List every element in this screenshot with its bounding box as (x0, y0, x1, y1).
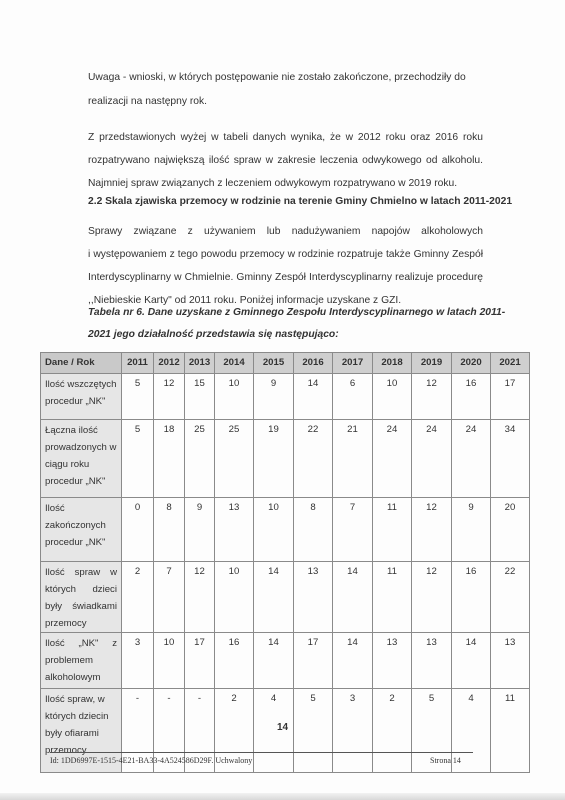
cell-value: 22 (491, 562, 530, 633)
cell-value: 19 (254, 420, 294, 498)
row-label-line: ciągu roku (45, 456, 117, 473)
table-header-row: Dane / Rok 20112012201320142015201620172… (41, 353, 530, 374)
row-label-line: procedur „NK" (45, 393, 117, 410)
row-label-line: których dzieci (45, 581, 117, 598)
header-label: Dane / Rok (41, 353, 122, 374)
row-label: Ilośćzakończonychprocedur „NK" (41, 498, 122, 562)
page-number: 14 (0, 722, 565, 733)
cell-value: 14 (294, 374, 333, 420)
summary-line-3: Najmniej spraw związanych z leczeniem od… (88, 174, 483, 194)
cell-value: 7 (154, 562, 185, 633)
section-heading: 2.2 Skala zjawiska przemocy w rodzinie n… (88, 196, 512, 207)
footer-page-label: Strona 14 (430, 756, 461, 765)
header-year: 2019 (412, 353, 452, 374)
table-row: Ilość spraw wktórych dziecibyły świadkam… (41, 562, 530, 633)
cell-value: 13 (412, 633, 452, 689)
cell-value: 16 (452, 374, 491, 420)
row-label-line: Ilość spraw w (45, 564, 117, 581)
caption-line-1: Tabela nr 6. Dane uzyskane z Gminnego Ze… (88, 302, 488, 324)
header-year: 2018 (373, 353, 412, 374)
cell-value: 14 (254, 562, 294, 633)
cell-value: 13 (491, 633, 530, 689)
row-label-line: Ilość (45, 500, 117, 517)
footer-divider (50, 752, 473, 753)
header-year: 2012 (154, 353, 185, 374)
intro-line-2: i występowaniem z tego powodu przemocy w… (88, 245, 483, 265)
cell-value: 16 (215, 633, 254, 689)
row-label-line: alkoholowym (45, 669, 117, 686)
cell-value: 5 (122, 374, 154, 420)
summary-paragraph: Z przedstawionych wyżej w tabeli danych … (88, 128, 483, 194)
header-year: 2017 (333, 353, 373, 374)
header-year: 2016 (294, 353, 333, 374)
row-label: Ilość „NK" zproblememalkoholowym (41, 633, 122, 689)
cell-value: 14 (333, 633, 373, 689)
row-label-line: prowadzonych w (45, 439, 117, 456)
cell-value: 20 (491, 498, 530, 562)
header-year: 2020 (452, 353, 491, 374)
cell-value: 34 (491, 420, 530, 498)
caption-line-2: 2021 jego działalność przedstawia się na… (88, 324, 488, 346)
cell-value: 25 (215, 420, 254, 498)
cell-value: 22 (294, 420, 333, 498)
table-row: Łączna ilośćprowadzonych wciągu rokuproc… (41, 420, 530, 498)
intro-line-1: Sprawy związane z używaniem lub nadużywa… (88, 222, 483, 242)
table-row: Ilośćzakończonychprocedur „NK"0891310871… (41, 498, 530, 562)
cell-value: 10 (215, 562, 254, 633)
cell-value: 18 (154, 420, 185, 498)
intro-paragraph: Sprawy związane z używaniem lub nadużywa… (88, 222, 483, 311)
row-label: Ilość wszczętychprocedur „NK" (41, 374, 122, 420)
row-label-line: przemocy (45, 615, 117, 632)
table-caption: Tabela nr 6. Dane uzyskane z Gminnego Ze… (88, 302, 488, 346)
row-label: Łączna ilośćprowadzonych wciągu rokuproc… (41, 420, 122, 498)
row-label-line: procedur „NK" (45, 473, 117, 490)
summary-line-2: rozpatrywano największą ilość spraw w za… (88, 151, 483, 171)
row-label-line: problemem (45, 652, 117, 669)
intro-line-3: Interdyscyplinarny w Chmielnie. Gminny Z… (88, 268, 483, 288)
cell-value: 5 (122, 420, 154, 498)
note-line-1: Uwaga - wnioski, w których postępowanie … (88, 68, 483, 88)
gzi-data-table: Dane / Rok 20112012201320142015201620172… (40, 352, 530, 773)
cell-value: 24 (373, 420, 412, 498)
cell-value: 9 (185, 498, 215, 562)
cell-value: 14 (452, 633, 491, 689)
cell-value: 11 (373, 562, 412, 633)
cell-value: 17 (185, 633, 215, 689)
cell-value: 10 (215, 374, 254, 420)
row-label-line: były świadkami (45, 598, 117, 615)
cell-value: 3 (122, 633, 154, 689)
cell-value: 13 (215, 498, 254, 562)
document-page: Uwaga - wnioski, w których postępowanie … (0, 0, 565, 800)
cell-value: 6 (333, 374, 373, 420)
cell-value: 12 (412, 562, 452, 633)
cell-value: 2 (122, 562, 154, 633)
cell-value: 24 (412, 420, 452, 498)
cell-value: 17 (294, 633, 333, 689)
summary-line-1: Z przedstawionych wyżej w tabeli danych … (88, 128, 483, 148)
row-label-line: zakończonych (45, 517, 117, 534)
header-year: 2015 (254, 353, 294, 374)
table-row: Ilość wszczętychprocedur „NK"51215109146… (41, 374, 530, 420)
cell-value: 10 (254, 498, 294, 562)
header-year: 2021 (491, 353, 530, 374)
cell-value: 21 (333, 420, 373, 498)
table-row: Ilość „NK" zproblememalkoholowym31017161… (41, 633, 530, 689)
row-label-line: Łączna ilość (45, 422, 117, 439)
cell-value: 25 (185, 420, 215, 498)
cell-value: 12 (154, 374, 185, 420)
cell-value: 15 (185, 374, 215, 420)
cell-value: 9 (452, 498, 491, 562)
cell-value: 10 (154, 633, 185, 689)
footer-document-id: Id: 1DD6997E-1515-4E21-BA33-4A524586D29F… (50, 756, 252, 765)
cell-value: 13 (294, 562, 333, 633)
row-label-line: procedur „NK" (45, 534, 117, 551)
cell-value: 24 (452, 420, 491, 498)
cell-value: 16 (452, 562, 491, 633)
cell-value: 14 (254, 633, 294, 689)
row-label-line: Ilość spraw, w (45, 691, 117, 708)
row-label-line: Ilość „NK" z (45, 635, 117, 652)
cell-value: 17 (491, 374, 530, 420)
header-year: 2011 (122, 353, 154, 374)
cell-value: 8 (154, 498, 185, 562)
header-year: 2013 (185, 353, 215, 374)
cell-value: 13 (373, 633, 412, 689)
note-paragraph: Uwaga - wnioski, w których postępowanie … (88, 68, 483, 112)
page-edge (0, 793, 565, 800)
row-label-line: Ilość wszczętych (45, 376, 117, 393)
note-line-2: realizacji na następny rok. (88, 92, 483, 112)
row-label: Ilość spraw wktórych dziecibyły świadkam… (41, 562, 122, 633)
cell-value: 10 (373, 374, 412, 420)
cell-value: 12 (185, 562, 215, 633)
cell-value: 7 (333, 498, 373, 562)
cell-value: 0 (122, 498, 154, 562)
cell-value: 9 (254, 374, 294, 420)
cell-value: 12 (412, 498, 452, 562)
cell-value: 8 (294, 498, 333, 562)
header-year: 2014 (215, 353, 254, 374)
cell-value: 14 (333, 562, 373, 633)
cell-value: 12 (412, 374, 452, 420)
cell-value: 11 (373, 498, 412, 562)
